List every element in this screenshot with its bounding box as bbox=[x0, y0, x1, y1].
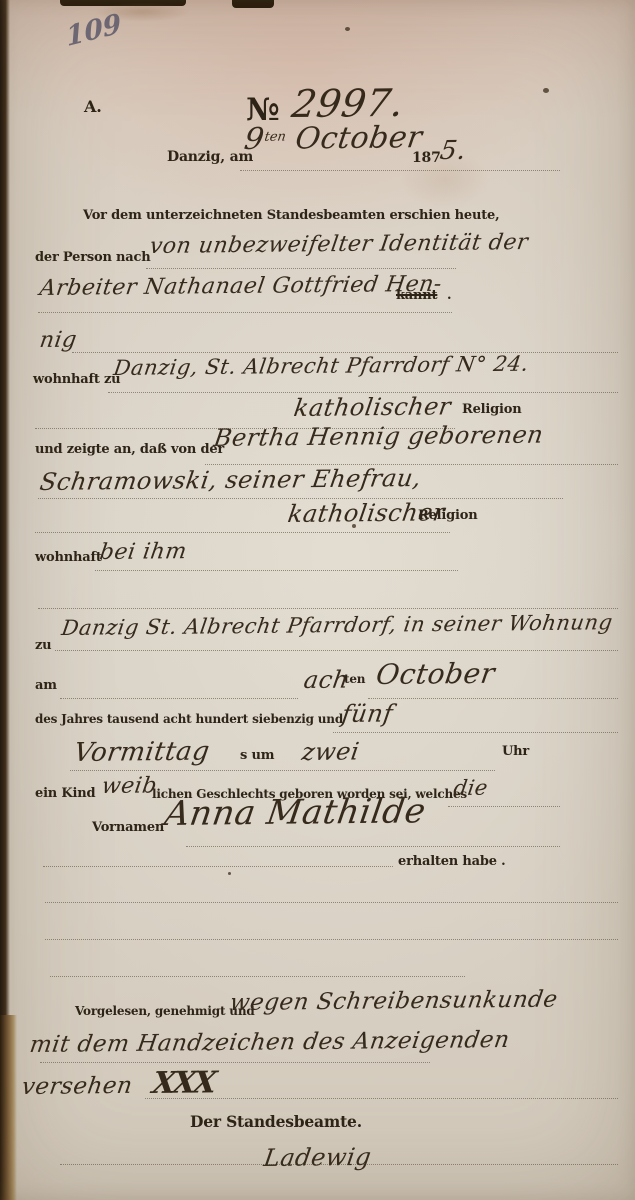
mother-maiden-name-handwritten: Schramowski, seiner Ehefrau, bbox=[38, 464, 423, 496]
birthdate-label: am bbox=[35, 678, 57, 693]
birth-year-handwritten: fünf bbox=[340, 699, 395, 728]
ruled-line bbox=[38, 608, 618, 609]
month-value: October bbox=[293, 120, 425, 156]
registrar-signature: Ladewig bbox=[262, 1143, 373, 1172]
ink-speck bbox=[345, 27, 350, 31]
ruled-line bbox=[448, 806, 560, 807]
place-date-label: Danzig, am bbox=[167, 149, 253, 165]
religion1-label: Religion bbox=[462, 402, 522, 417]
year-suffix-handwritten: 5. bbox=[438, 136, 468, 166]
ruled-line bbox=[40, 1062, 430, 1063]
ruled-line bbox=[70, 770, 495, 771]
ruled-line bbox=[55, 650, 618, 651]
article-handwritten: die bbox=[452, 776, 490, 800]
mother-intro-label: und zeigte an, daß von der bbox=[35, 442, 224, 457]
birthplace-label: zu bbox=[35, 638, 51, 653]
registrar-label: Der Standesbeamte. bbox=[190, 1112, 362, 1131]
daytime-handwritten: Vormittag bbox=[72, 737, 212, 768]
struck-kannt: kannt bbox=[396, 288, 437, 303]
ruled-line bbox=[186, 846, 560, 847]
vornamen-label: Vornamen bbox=[92, 820, 164, 835]
ruled-line bbox=[43, 866, 393, 867]
sex-handwritten: weib bbox=[100, 773, 159, 799]
birth-record-scan: 109 A. № 2997. Danzig, am 9ten October 1… bbox=[0, 0, 635, 1200]
closing-handwritten-2: mit dem Handzeichen des Anzeigenden bbox=[28, 1027, 511, 1058]
ruled-line bbox=[50, 976, 465, 977]
hour-handwritten: zwei bbox=[300, 737, 361, 766]
ruled-line bbox=[240, 170, 560, 171]
ruled-line bbox=[38, 312, 452, 313]
ruled-line bbox=[60, 698, 298, 699]
birthmonth-handwritten: October bbox=[374, 657, 497, 691]
ruled-line bbox=[45, 939, 618, 940]
daytime-mid-label: s um bbox=[240, 748, 274, 763]
person-label: der Person nach bbox=[35, 250, 151, 265]
ruled-line bbox=[368, 698, 618, 699]
religion1-handwritten: katholischer bbox=[292, 392, 453, 422]
ruled-line bbox=[35, 532, 450, 533]
ruled-line bbox=[146, 268, 456, 269]
residence-label: wohnhaft zu bbox=[33, 372, 120, 387]
uhr-label: Uhr bbox=[502, 744, 529, 759]
top-shadow-nub bbox=[232, 0, 274, 8]
ruled-line bbox=[38, 498, 563, 499]
date-handwritten: 9ten October bbox=[242, 120, 425, 157]
identity-handwritten: von unbezweifelter Identität der bbox=[148, 230, 530, 259]
child-label: ein Kind bbox=[35, 786, 95, 801]
mother-residence-handwritten: bei ihm bbox=[98, 539, 189, 565]
ink-speck bbox=[543, 88, 549, 93]
child-names-handwritten: Anna Mathilde bbox=[162, 791, 429, 834]
year-printed: 187 bbox=[412, 150, 441, 166]
ruled-line bbox=[45, 902, 618, 903]
handmark-xxx: XXX bbox=[150, 1065, 216, 1101]
residence-handwritten: Danzig, St. Albrecht Pfarrdorf N° 24. bbox=[112, 352, 531, 380]
religion2-label: Religion bbox=[418, 508, 478, 523]
kannt-period: . bbox=[447, 288, 451, 303]
birth-year-text: des Jahres tausend acht hundert siebenzi… bbox=[35, 712, 343, 726]
record-number-value: 2997. bbox=[289, 81, 407, 126]
closing-handwritten-1: wegen Schreibensunkunde bbox=[228, 987, 560, 1016]
mother-name-handwritten: Bertha Hennig geborenen bbox=[212, 421, 545, 452]
top-shadow-strip bbox=[60, 0, 186, 6]
birthday-suffix: ten bbox=[344, 672, 365, 686]
birthplace-handwritten: Danzig St. Albrecht Pfarrdorf, in seiner… bbox=[60, 610, 614, 640]
ruled-line bbox=[95, 570, 458, 571]
ink-speck bbox=[228, 872, 231, 875]
closing-handwritten-3: versehen bbox=[20, 1073, 134, 1100]
day-suffix: ten bbox=[263, 130, 287, 145]
mother-residence-label: wohnhaft bbox=[35, 550, 102, 565]
declarant-name-continuation: nig bbox=[38, 328, 79, 353]
ruled-line bbox=[333, 732, 618, 733]
section-label: A. bbox=[84, 97, 102, 116]
ruled-line bbox=[145, 1098, 618, 1099]
form-intro: Vor dem unterzeichneten Standesbeamten e… bbox=[83, 208, 499, 223]
declarant-name-handwritten: Arbeiter Nathanael Gottfried Hen- bbox=[38, 272, 444, 301]
pencil-page-number: 109 bbox=[65, 8, 123, 53]
received-label: erhalten habe . bbox=[398, 854, 505, 869]
stacked-page-edges bbox=[0, 1015, 17, 1200]
